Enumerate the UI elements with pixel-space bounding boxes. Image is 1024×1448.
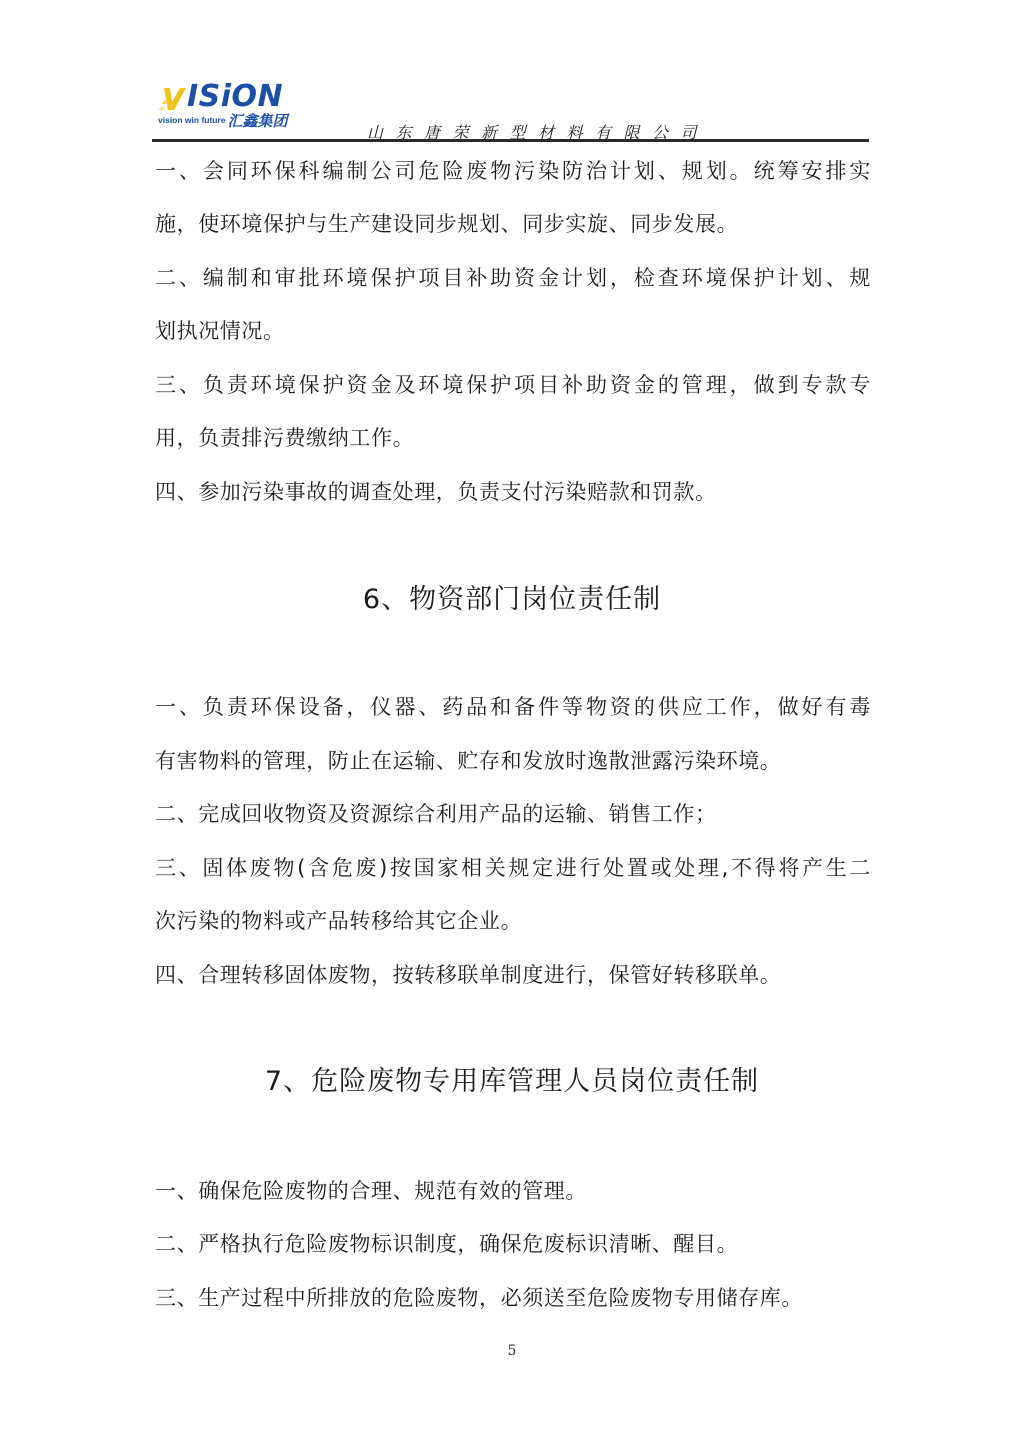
paragraph-line: 二、完成回收物资及资源综合利用产品的运输、销售工作； <box>155 799 871 829</box>
header-divider <box>152 139 869 142</box>
document-page: ISiON vision win future 汇鑫集团 山东唐荣新型材料有限公… <box>0 0 1024 1448</box>
paragraph-line: 三、负责环境保护资金及环境保护项目补助资金的管理，做到专款专 <box>155 370 871 400</box>
logo-tagline-cn: 汇鑫集团 <box>228 110 288 131</box>
paragraph-line: 划执况情况。 <box>155 316 871 346</box>
section-heading-7: 7、危险废物专用库管理人员岗位责任制 <box>0 1064 1024 1100</box>
logo-tagline-en: vision win future <box>158 115 226 125</box>
paragraph-line: 二、编制和审批环境保护项目补助资金计划，检查环境保护计划、规 <box>155 263 871 293</box>
logo-wordmark: ISiON <box>156 82 283 112</box>
paragraph-line: 次污染的物料或产品转移给其它企业。 <box>155 906 871 936</box>
paragraph-line: 有害物料的管理，防止在运输、贮存和发放时逸散泄露污染环境。 <box>155 746 871 776</box>
logo-v-mark-icon <box>156 86 186 112</box>
paragraph-line: 一、负责环保设备，仪器、药品和备件等物资的供应工作，做好有毒 <box>155 692 871 722</box>
paragraph-line: 用，负责排污费缴纳工作。 <box>155 423 871 453</box>
paragraph-line: 施，使环境保护与生产建设同步规划、同步实旋、同步发展。 <box>155 209 871 239</box>
paragraph-line: 一、确保危险废物的合理、规范有效的管理。 <box>155 1176 871 1206</box>
paragraph-line: 二、严格执行危险废物标识制度，确保危废标识清晰、醒目。 <box>155 1229 871 1259</box>
paragraph-line: 四、合理转移固体废物，按转移联单制度进行，保管好转移联单。 <box>155 960 871 990</box>
logo-tagline: vision win future 汇鑫集团 <box>158 112 288 128</box>
paragraph-line: 三、生产过程中所排放的危险废物，必须送至危险废物专用储存库。 <box>155 1283 871 1313</box>
paragraph-line: 四、参加污染事故的调查处理，负责支付污染赔款和罚款。 <box>155 477 871 507</box>
section-heading-6: 6、物资部门岗位责任制 <box>0 582 1024 618</box>
logo-letters: ISiON <box>187 82 283 112</box>
page-number: 5 <box>0 1343 1024 1359</box>
paragraph-line: 三、固体废物(含危废)按国家相关规定进行处置或处理,不得将产生二 <box>155 853 871 883</box>
company-logo: ISiON vision win future 汇鑫集团 <box>156 82 328 130</box>
paragraph-line: 一、会同环保科编制公司危险废物污染防治计划、规划。统筹安排实 <box>155 156 871 186</box>
page-header: ISiON vision win future 汇鑫集团 山东唐荣新型材料有限公… <box>152 78 869 142</box>
